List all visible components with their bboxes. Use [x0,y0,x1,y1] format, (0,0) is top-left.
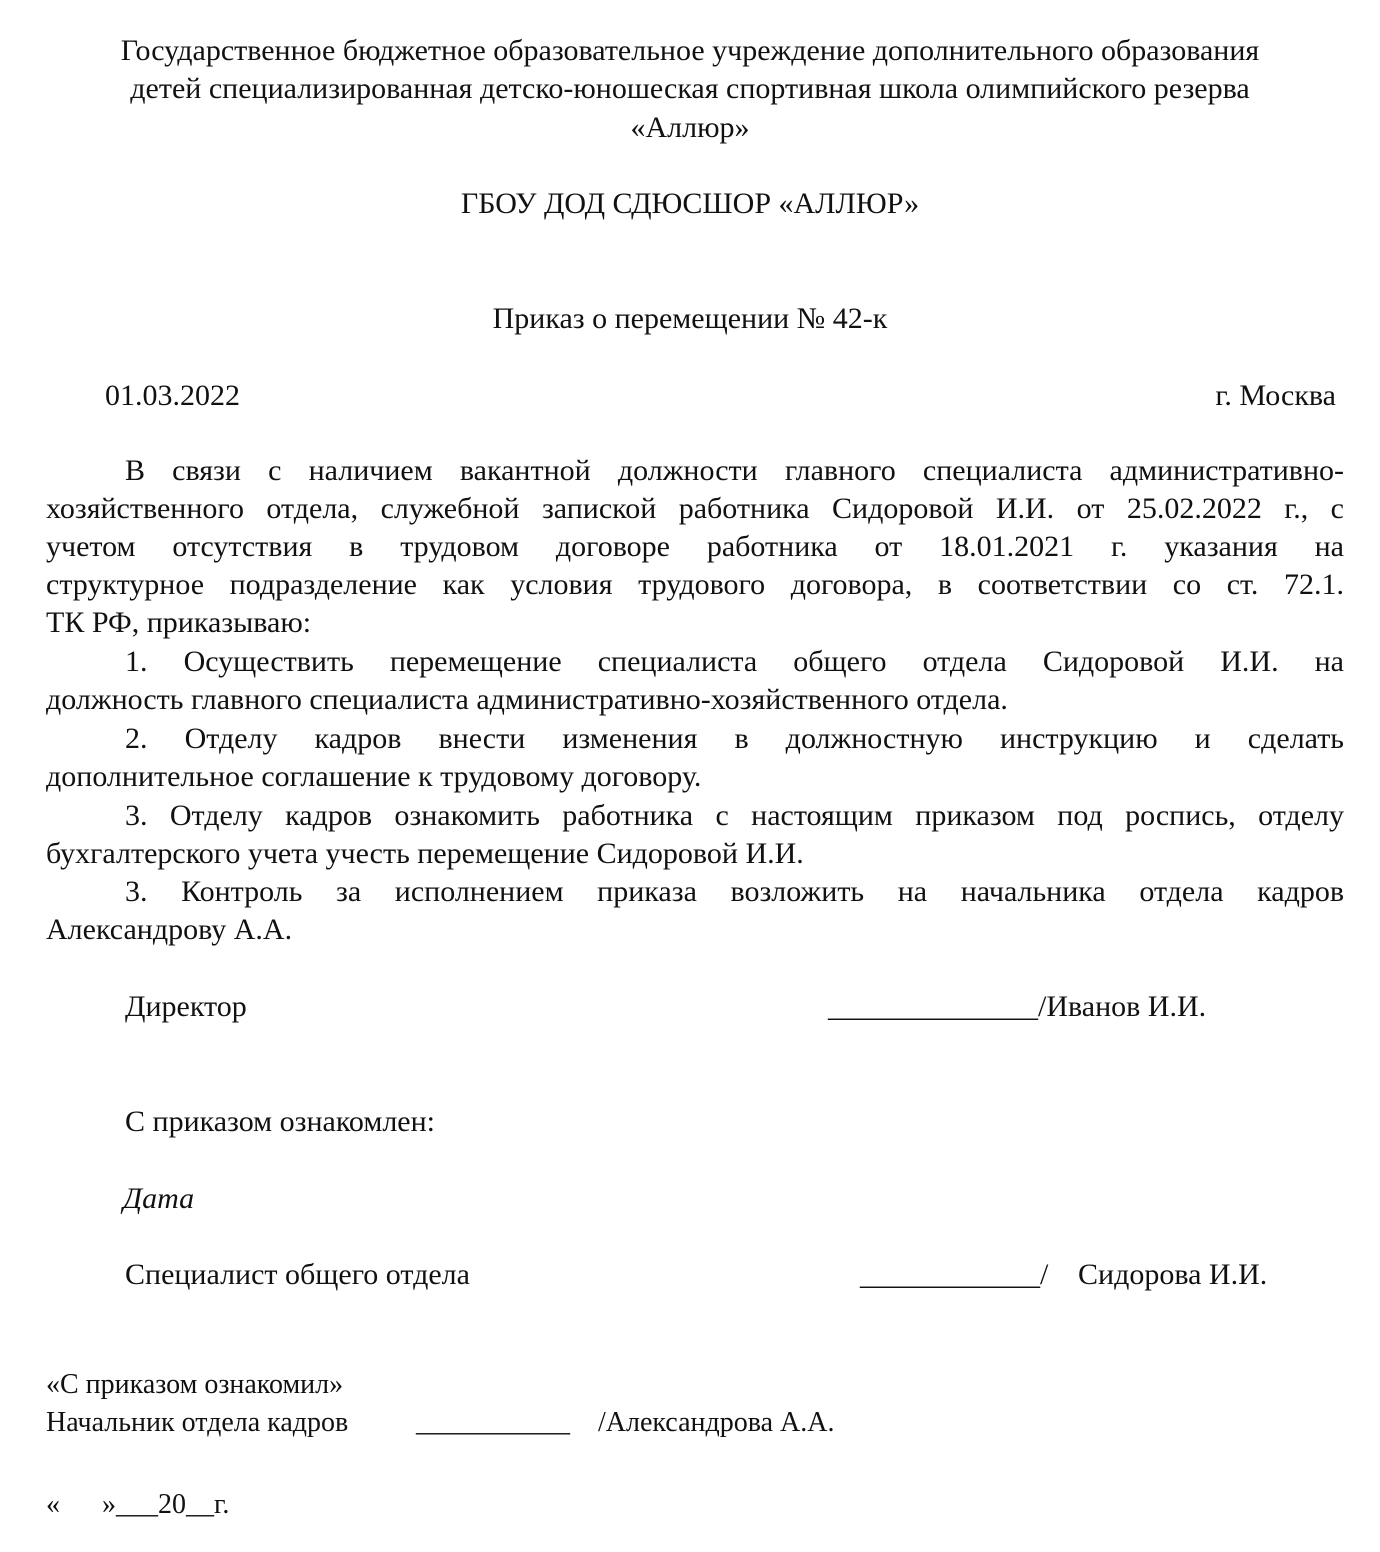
date-blank: « »___20__г. [46,1486,229,1524]
preamble-line: хозяйственного отдела, служебной записко… [46,490,1344,528]
item-line: должность главного специалиста администр… [46,681,1344,719]
item-line: 1. Осуществить перемещение специалиста о… [125,643,1344,681]
specialist-name: Сидорова И.И. [1078,1256,1267,1294]
hr-name: /Александрова А.А. [598,1404,834,1442]
specialist-label: Специалист общего отдела [125,1256,470,1294]
org-short-name: ГБОУ ДОД СДЮСШОР «АЛЛЮР» [0,185,1380,223]
order-city: г. Москва [1215,377,1336,415]
hr-signature-line: ___________ [416,1404,570,1442]
item-line: 3. Контроль за исполнением приказа возло… [125,873,1344,911]
hr-label: Начальник отдела кадров [46,1404,348,1442]
item-line: 3. Отделу кадров ознакомить работника с … [125,797,1344,835]
org-name-line-3: «Аллюр» [0,109,1380,147]
date-label: Дата [123,1180,194,1218]
acquainted-label: С приказом ознакомлен: [125,1103,435,1141]
org-name-line-1: Государственное бюджетное образовательно… [0,32,1380,70]
specialist-signature-line: ____________/ [860,1256,1048,1294]
director-label: Директор [125,988,247,1026]
director-signature: ______________/Иванов И.И. [828,988,1206,1026]
item-line: 2. Отделу кадров внести изменения в долж… [125,720,1344,758]
item-line: бухгалтерского учета учесть перемещение … [46,835,1344,873]
item-line: Александрову А.А. [46,911,1344,949]
org-name-line-2: детей специализированная детско-юношеска… [0,70,1380,108]
hr-acquainted-label: «С приказом ознакомил» [46,1366,343,1404]
preamble-line: В связи с наличием вакантной должности г… [125,452,1344,490]
order-date: 01.03.2022 [105,377,240,415]
item-line: дополнительное соглашение к трудовому до… [46,758,1344,796]
preamble-line: ТК РФ, приказываю: [46,604,1344,642]
preamble-line: структурное подразделение как условия тр… [46,566,1344,604]
order-title: Приказ о перемещении № 42-к [0,300,1380,338]
preamble-line: учетом отсутствия в трудовом договоре ра… [46,528,1344,566]
